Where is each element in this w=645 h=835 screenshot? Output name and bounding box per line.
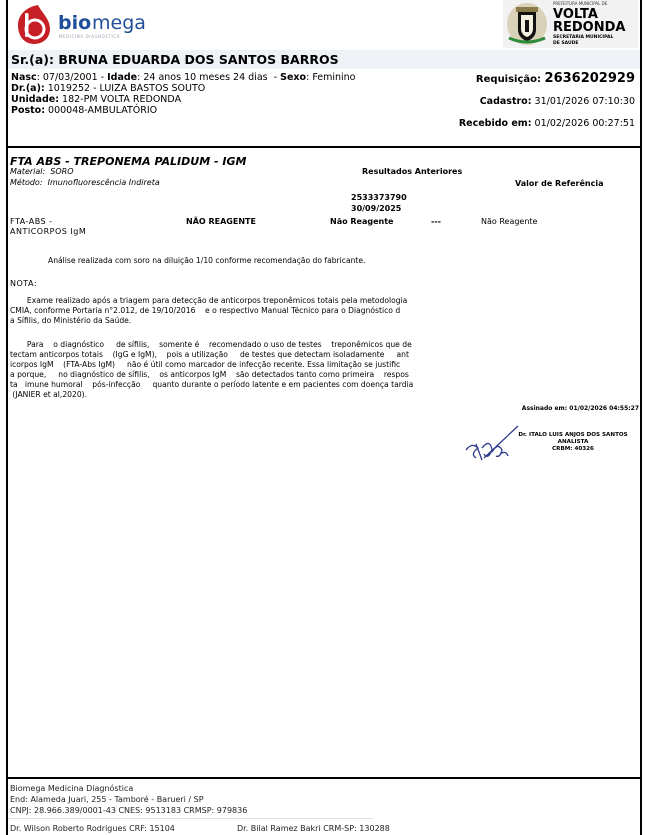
requisition-number: 2636202929 xyxy=(545,71,635,86)
footer-separator xyxy=(8,818,373,819)
note-paragraph-2: Para o diagnóstico de sífilis, somente é… xyxy=(10,340,480,400)
birthdate-value: 07/03/2001 xyxy=(43,72,98,83)
exam-material: Material: SORO xyxy=(10,167,74,176)
material-value: SORO xyxy=(50,167,73,176)
signed-value: 01/02/2026 04:55:27 xyxy=(569,405,639,412)
note-p1-line: a Sífilis, do Ministério da Saúde. xyxy=(10,316,480,326)
note-p2-line: a porque, no diagnóstico de sífilis, os … xyxy=(10,370,480,380)
previous-results-header: Resultados Anteriores xyxy=(362,167,462,176)
requisition: Requisição: 2636202929 xyxy=(476,71,635,86)
section-divider xyxy=(6,146,642,148)
page-border-right xyxy=(640,0,642,835)
unit-value: 182-PM VOLTA REDONDA xyxy=(62,94,181,105)
post-label: Posto: xyxy=(11,105,45,116)
requisition-label: Requisição: xyxy=(476,74,541,85)
registration-label: Cadastro: xyxy=(480,96,532,107)
requesting-doctor: Dr.(a): 1019252 - LUIZA BASTOS SOUTO xyxy=(11,84,205,95)
svg-text:bio: bio xyxy=(58,12,91,34)
svg-text:mega: mega xyxy=(92,12,146,34)
coat-of-arms-icon: PREFEITURA MUNICIPAL DE VOLTA REDONDA SE… xyxy=(503,0,638,48)
footer-address: End: Alameda Juari, 255 - Tamboré - Baru… xyxy=(10,795,204,804)
patient-name: Sr.(a): BRUNA EDUARDA DOS SANTOS BARROS xyxy=(11,52,339,67)
footer-responsible-1: Dr. Wilson Roberto Rodrigues CRF: 15104 xyxy=(10,824,175,833)
note-p1-line: CMIA, conforme Portaria n°2.012, de 19/1… xyxy=(10,306,480,316)
page-border-left xyxy=(6,0,8,835)
volta-redonda-logo: PREFEITURA MUNICIPAL DE VOLTA REDONDA SE… xyxy=(503,0,638,48)
lab-report-page: bio mega MEDICINA DIAGNÓSTICA PREFEITURA… xyxy=(0,0,645,835)
received-value: 01/02/2026 00:27:51 xyxy=(535,118,635,129)
note-p2-line: icorpos IgM (FTA-Abs IgM) não é útil com… xyxy=(10,360,480,370)
patient-name-label: Sr.(a): xyxy=(11,52,54,67)
footer-divider xyxy=(6,777,642,779)
exam-result: NÃO REAGENTE xyxy=(186,217,256,226)
note-label: NOTA: xyxy=(10,279,37,288)
signed-label: Assinado em: xyxy=(522,405,567,412)
note-p1-line: Exame realizado após a triagem para dete… xyxy=(10,296,480,306)
age-label: Idade xyxy=(107,72,137,83)
doctor-label: Dr.(a): xyxy=(11,83,45,94)
footer-ids: CNPJ: 28.966.389/0001-43 CNES: 9513183 C… xyxy=(10,806,247,815)
previous-result: Não Reagente xyxy=(330,217,393,226)
registration-date: Cadastro: 31/01/2026 07:10:30 xyxy=(480,96,635,107)
doctor-value: 1019252 - LUIZA BASTOS SOUTO xyxy=(48,83,206,94)
previous-request-date: 30/09/2025 xyxy=(351,204,401,213)
note-p2-line: (JANIER et al,2020). xyxy=(10,390,480,400)
post-value: 000048-AMBULATÓRIO xyxy=(48,105,157,116)
received-date: Recebido em: 01/02/2026 00:27:51 xyxy=(459,118,635,129)
analyte-name-line1: FTA-ABS - xyxy=(10,217,53,226)
signer-role: ANALISTA xyxy=(508,439,638,446)
method-label: Método: xyxy=(10,178,43,187)
previous-result-2: --- xyxy=(431,217,441,226)
sex-label: Sexo xyxy=(280,72,306,83)
unit-label: Unidade: xyxy=(11,94,59,105)
dilution-observation: Análise realizada com soro na diluição 1… xyxy=(48,256,365,265)
birthdate-label: Nasc xyxy=(11,72,37,83)
note-paragraph-1: Exame realizado após a triagem para dete… xyxy=(10,296,480,326)
patient-demographics: Nasc: 07/03/2001 - Idade: 24 anos 10 mes… xyxy=(11,73,356,84)
reference-header: Valor de Referência xyxy=(515,179,604,188)
svg-text:SECRETARIA MUNICIPAL: SECRETARIA MUNICIPAL xyxy=(553,34,613,40)
svg-text:DE SAUDE: DE SAUDE xyxy=(553,40,578,46)
signed-timestamp: Assinado em: 01/02/2026 04:55:27 xyxy=(522,405,639,412)
note-p2-line: tectam anticorpos totais (IgG e IgM), po… xyxy=(10,350,480,360)
signer-registry: CRBM: 40326 xyxy=(508,446,638,453)
biomega-logo: bio mega MEDICINA DIAGNÓSTICA xyxy=(12,3,152,45)
unit: Unidade: 182-PM VOLTA REDONDA xyxy=(11,95,181,106)
collection-post: Posto: 000048-AMBULATÓRIO xyxy=(11,106,157,117)
biomega-drop-icon: bio mega MEDICINA DIAGNÓSTICA xyxy=(12,3,152,45)
note-p2-line: ta imune humoral pós-infecção quanto dur… xyxy=(10,380,480,390)
analyte-name-line2: ANTICORPOS IgM xyxy=(10,227,86,236)
note-p2-line: Para o diagnóstico de sífilis, somente é… xyxy=(10,340,480,350)
age-value: 24 anos 10 meses 24 dias xyxy=(143,72,267,83)
svg-text:PREFEITURA MUNICIPAL DE: PREFEITURA MUNICIPAL DE xyxy=(553,1,608,6)
method-value: Imunofluorescência Indireta xyxy=(48,178,160,187)
previous-request-id: 2533373790 xyxy=(351,193,407,202)
signer-name: Dr. ITALO LUIS ANJOS DOS SANTOS xyxy=(508,432,638,439)
received-label: Recebido em: xyxy=(459,118,532,129)
exam-method: Método: Imunofluorescência Indireta xyxy=(10,178,160,187)
sex-value: Feminino xyxy=(312,72,355,83)
svg-text:REDONDA: REDONDA xyxy=(553,20,625,35)
footer-company: Biomega Medicina Diagnóstica xyxy=(10,784,133,793)
signer-block: Dr. ITALO LUIS ANJOS DOS SANTOS ANALISTA… xyxy=(508,432,638,453)
svg-text:MEDICINA DIAGNÓSTICA: MEDICINA DIAGNÓSTICA xyxy=(59,34,120,39)
footer-responsible-2: Dr. Bilal Ramez Bakri CRM-SP: 130288 xyxy=(237,824,390,833)
reference-value: Não Reagente xyxy=(481,217,537,226)
patient-name-value: BRUNA EDUARDA DOS SANTOS BARROS xyxy=(58,52,338,67)
registration-value: 31/01/2026 07:10:30 xyxy=(535,96,635,107)
material-label: Material: xyxy=(10,167,45,176)
